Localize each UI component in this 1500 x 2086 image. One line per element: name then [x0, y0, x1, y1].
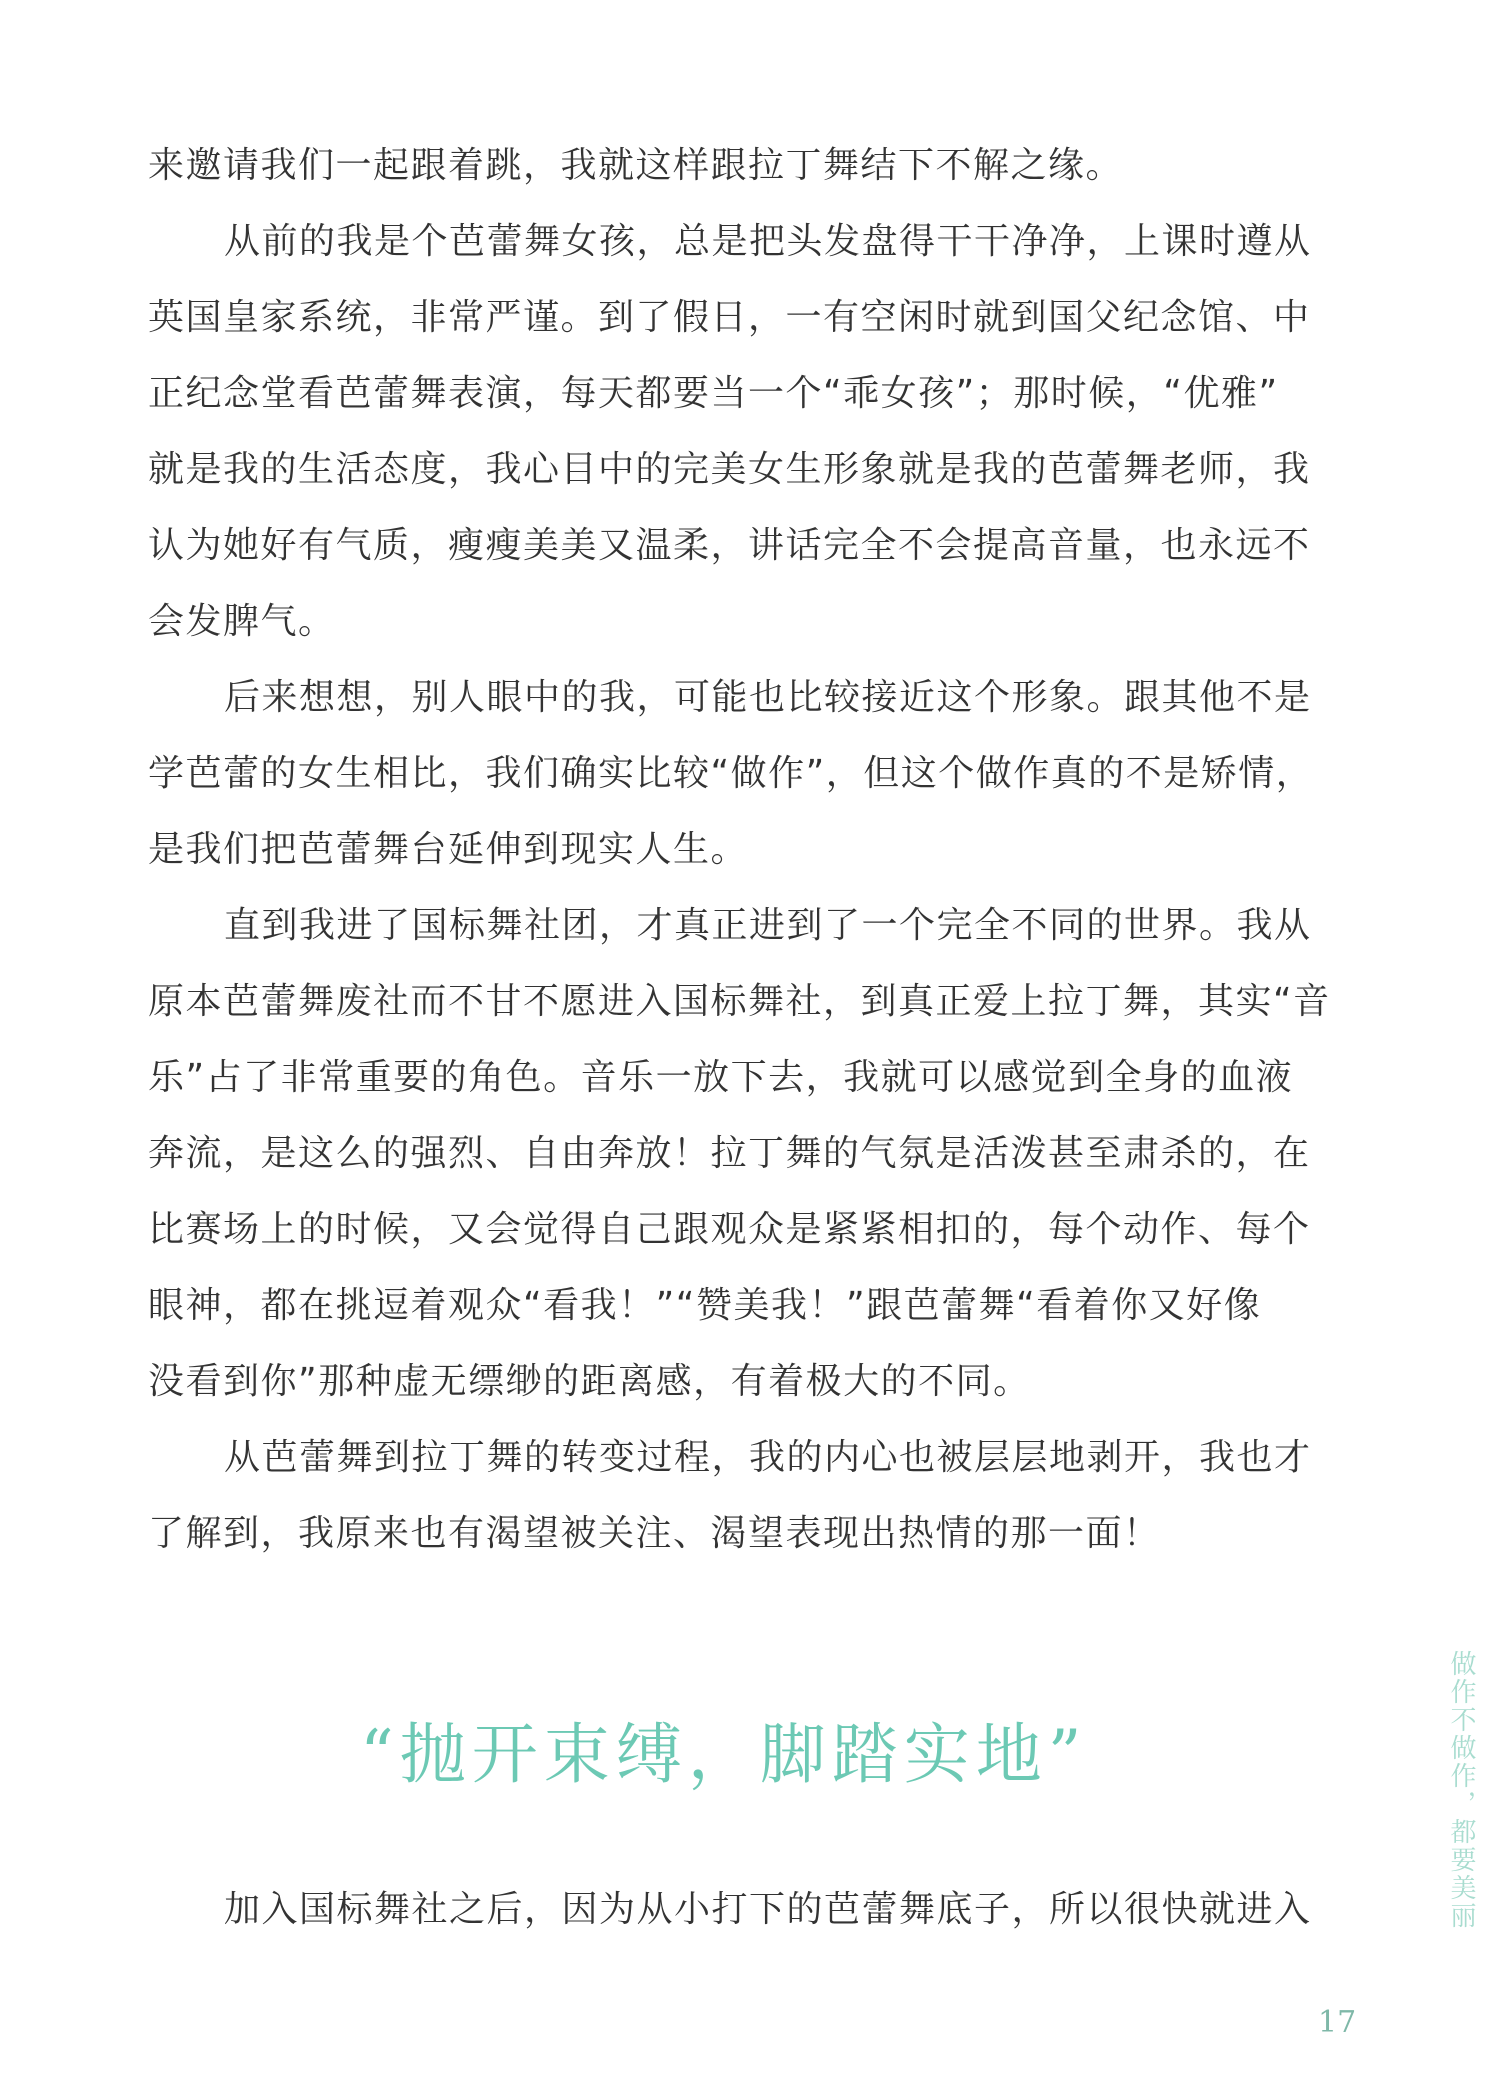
- section-heading: “抛开束缚，脚踏实地”: [360, 1700, 1160, 1810]
- text-line: 原本芭蕾舞废社而不甘不愿进入国标舞社，到真正爱上拉丁舞，其实“音: [148, 964, 1348, 1040]
- text-line: 就是我的生活态度，我心目中的完美女生形象就是我的芭蕾舞老师，我: [148, 432, 1348, 508]
- text-line: 比赛场上的时候，又会觉得自己跟观众是紧紧相扣的，每个动作、每个: [148, 1192, 1348, 1268]
- body-text: 来邀请我们一起跟着跳，我就这样跟拉丁舞结下不解之缘。 从前的我是个芭蕾舞女孩，总…: [148, 128, 1348, 1572]
- text-line: 直到我进了国标舞社团，才真正进到了一个完全不同的世界。我从: [148, 888, 1348, 964]
- text-line: 加入国标舞社之后，因为从小打下的芭蕾舞底子，所以很快就进入: [148, 1872, 1348, 1948]
- text-line: 后来想想，别人眼中的我，可能也比较接近这个形象。跟其他不是: [148, 660, 1348, 736]
- text-line: 会发脾气。: [148, 584, 1348, 660]
- text-line: 正纪念堂看芭蕾舞表演，每天都要当一个“乖女孩”；那时候，“优雅”: [148, 356, 1348, 432]
- running-side-title: 做作不做作，都要美丽: [1446, 1650, 1476, 1930]
- text-line: 是我们把芭蕾舞台延伸到现实人生。: [148, 812, 1348, 888]
- book-page: 来邀请我们一起跟着跳，我就这样跟拉丁舞结下不解之缘。 从前的我是个芭蕾舞女孩，总…: [0, 0, 1500, 2086]
- text-line: 认为她好有气质，瘦瘦美美又温柔，讲话完全不会提高音量，也永远不: [148, 508, 1348, 584]
- text-line: 学芭蕾的女生相比，我们确实比较“做作”，但这个做作真的不是矫情，: [148, 736, 1348, 812]
- page-number: 17: [1318, 2005, 1356, 2040]
- text-line: 没看到你”那种虚无缥缈的距离感，有着极大的不同。: [148, 1344, 1348, 1420]
- section-paragraph: 加入国标舞社之后，因为从小打下的芭蕾舞底子，所以很快就进入: [148, 1872, 1348, 1948]
- text-line: 眼神，都在挑逗着观众“看我！”“赞美我！”跟芭蕾舞“看着你又好像: [148, 1268, 1348, 1344]
- text-line: 来邀请我们一起跟着跳，我就这样跟拉丁舞结下不解之缘。: [148, 128, 1348, 204]
- text-line: 从芭蕾舞到拉丁舞的转变过程，我的内心也被层层地剥开，我也才: [148, 1420, 1348, 1496]
- text-line: 了解到，我原来也有渴望被关注、渴望表现出热情的那一面！: [148, 1496, 1348, 1572]
- text-line: 乐”占了非常重要的角色。音乐一放下去，我就可以感觉到全身的血液: [148, 1040, 1348, 1116]
- text-line: 从前的我是个芭蕾舞女孩，总是把头发盘得干干净净，上课时遵从: [148, 204, 1348, 280]
- text-line: 英国皇家系统，非常严谨。到了假日，一有空闲时就到国父纪念馆、中: [148, 280, 1348, 356]
- text-line: 奔流，是这么的强烈、自由奔放！拉丁舞的气氛是活泼甚至肃杀的，在: [148, 1116, 1348, 1192]
